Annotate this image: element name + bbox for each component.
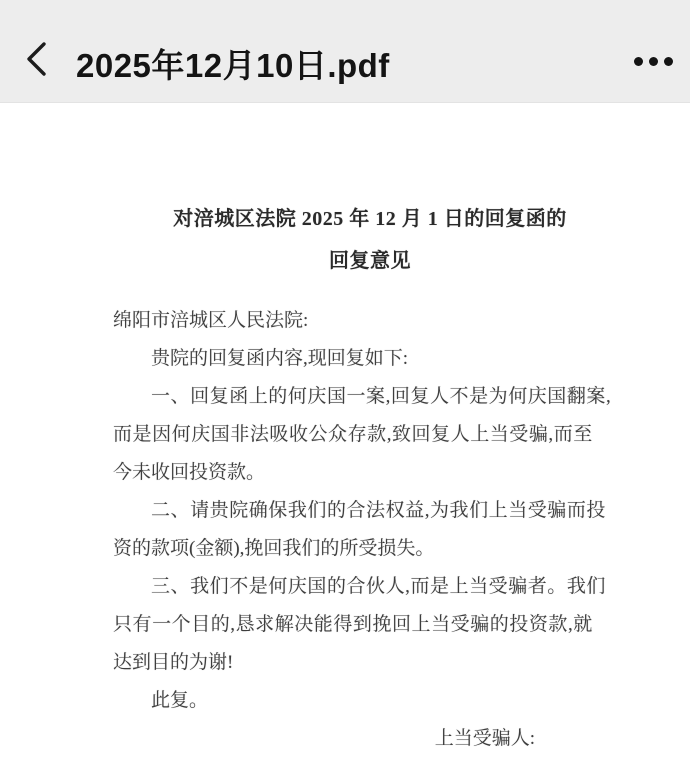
letter-closing: 此复。 [113, 682, 627, 720]
letter-salutation: 绵阳市涪城区人民法院: [113, 302, 627, 340]
letter-line: 二、请贵院确保我们的合法权益,为我们上当受骗而投 [113, 492, 627, 530]
letter-signature-label: 上当受骗人: [113, 720, 627, 758]
letter-title-line: 回复意见 [113, 240, 627, 282]
letter-line: 达到目的为谢! [113, 644, 627, 682]
file-title: 2025年12月10日.pdf [76, 40, 390, 87]
letter-line: 而是因何庆国非法吸收公众存款,致回复人上当受骗,而至 [113, 416, 627, 454]
back-button[interactable] [12, 39, 60, 83]
chevron-left-icon [25, 41, 47, 82]
pdf-page-view[interactable]: 对涪城区法院 2025 年 12 月 1 日的回复函的 回复意见 绵阳市涪城区人… [0, 103, 690, 774]
letter-line: 只有一个目的,恳求解决能得到挽回上当受骗的投资款,就 [113, 606, 627, 644]
letter-line: 一、回复函上的何庆国一案,回复人不是为何庆国翻案, [113, 378, 627, 416]
more-button[interactable] [622, 46, 684, 76]
pdf-viewer-header: 2025年12月10日.pdf [0, 0, 690, 103]
letter-line: 三、我们不是何庆国的合伙人,而是上当受骗者。我们 [113, 568, 627, 606]
letter-title-line: 对涪城区法院 2025 年 12 月 1 日的回复函的 [113, 198, 627, 240]
more-dots-icon [634, 57, 673, 66]
letter-body: 绵阳市涪城区人民法院: 贵院的回复函内容,现回复如下: 一、回复函上的何庆国一案… [113, 302, 627, 758]
scanned-letter: 对涪城区法院 2025 年 12 月 1 日的回复函的 回复意见 绵阳市涪城区人… [0, 103, 627, 758]
letter-line: 贵院的回复函内容,现回复如下: [113, 340, 627, 378]
letter-title: 对涪城区法院 2025 年 12 月 1 日的回复函的 回复意见 [113, 198, 627, 282]
letter-line: 资的款项(金额),挽回我们的所受损失。 [113, 530, 627, 568]
letter-line: 今未收回投资款。 [113, 454, 627, 492]
